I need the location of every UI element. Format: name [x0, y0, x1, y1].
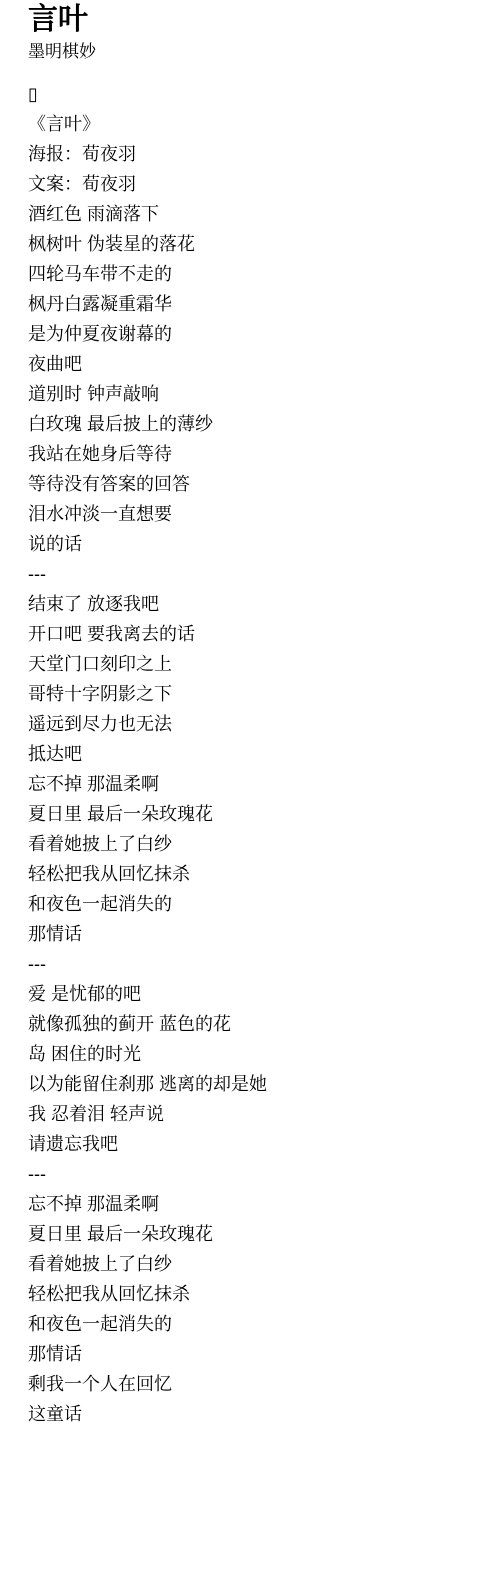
lyric-line: 抵达吧 [28, 739, 476, 769]
lyric-line: 等待没有答案的回答 [28, 469, 476, 499]
lyric-line: --- [28, 1159, 476, 1189]
lyric-line: 爱 是忧郁的吧 [28, 979, 476, 1009]
lyric-line: 哥特十字阴影之下 [28, 679, 476, 709]
lyric-line: 海报：荀夜羽 [28, 139, 476, 169]
lyric-line: 看着她披上了白纱 [28, 1249, 476, 1279]
lyric-line: 结束了 放逐我吧 [28, 589, 476, 619]
lyric-line: 看着她披上了白纱 [28, 829, 476, 859]
lyric-line: 那情话 [28, 919, 476, 949]
lyric-line: ▯ [28, 79, 476, 109]
lyric-line: 轻松把我从回忆抹杀 [28, 1279, 476, 1309]
lyric-line: 岛 困住的时光 [28, 1039, 476, 1069]
lyric-line: 白玫瑰 最后披上的薄纱 [28, 409, 476, 439]
lyric-line: 忘不掉 那温柔啊 [28, 769, 476, 799]
page-title: 言叶 [28, 3, 476, 37]
lyric-line: 天堂门口刻印之上 [28, 649, 476, 679]
lyric-line: 夏日里 最后一朵玫瑰花 [28, 1219, 476, 1249]
lyric-line: 忘不掉 那温柔啊 [28, 1189, 476, 1219]
artist-name: 墨明棋妙 [28, 41, 476, 62]
lyric-line: 文案：荀夜羽 [28, 169, 476, 199]
lyrics-block: ▯《言叶》海报：荀夜羽文案：荀夜羽酒红色 雨滴落下枫树叶 伪装星的落花四轮马车带… [28, 79, 476, 1429]
lyric-line: 《言叶》 [28, 109, 476, 139]
lyric-line: --- [28, 949, 476, 979]
lyric-line: 剩我一个人在回忆 [28, 1369, 476, 1399]
lyric-line: 枫树叶 伪装星的落花 [28, 229, 476, 259]
lyric-line: 那情话 [28, 1339, 476, 1369]
lyric-line: 泪水冲淡一直想要 [28, 499, 476, 529]
lyric-line: 我站在她身后等待 [28, 439, 476, 469]
lyric-line: 就像孤独的蓟开 蓝色的花 [28, 1009, 476, 1039]
lyric-line: 夏日里 最后一朵玫瑰花 [28, 799, 476, 829]
lyric-line: --- [28, 559, 476, 589]
lyric-line: 说的话 [28, 529, 476, 559]
lyric-line: 夜曲吧 [28, 349, 476, 379]
lyric-line: 道别时 钟声敲响 [28, 379, 476, 409]
lyric-line: 四轮马车带不走的 [28, 259, 476, 289]
lyric-line: 和夜色一起消失的 [28, 1309, 476, 1339]
lyric-line: 以为能留住刹那 逃离的却是她 [28, 1069, 476, 1099]
lyric-line: 开口吧 要我离去的话 [28, 619, 476, 649]
lyric-line: 这童话 [28, 1399, 476, 1429]
lyric-line: 是为仲夏夜谢幕的 [28, 319, 476, 349]
lyrics-page: 言叶 墨明棋妙 ▯《言叶》海报：荀夜羽文案：荀夜羽酒红色 雨滴落下枫树叶 伪装星… [0, 0, 500, 1570]
lyric-line: 遥远到尽力也无法 [28, 709, 476, 739]
lyric-line: 枫丹白露凝重霜华 [28, 289, 476, 319]
lyric-line: 请遗忘我吧 [28, 1129, 476, 1159]
lyric-line: 和夜色一起消失的 [28, 889, 476, 919]
lyric-line: 轻松把我从回忆抹杀 [28, 859, 476, 889]
lyric-line: 酒红色 雨滴落下 [28, 199, 476, 229]
lyric-line: 我 忍着泪 轻声说 [28, 1099, 476, 1129]
